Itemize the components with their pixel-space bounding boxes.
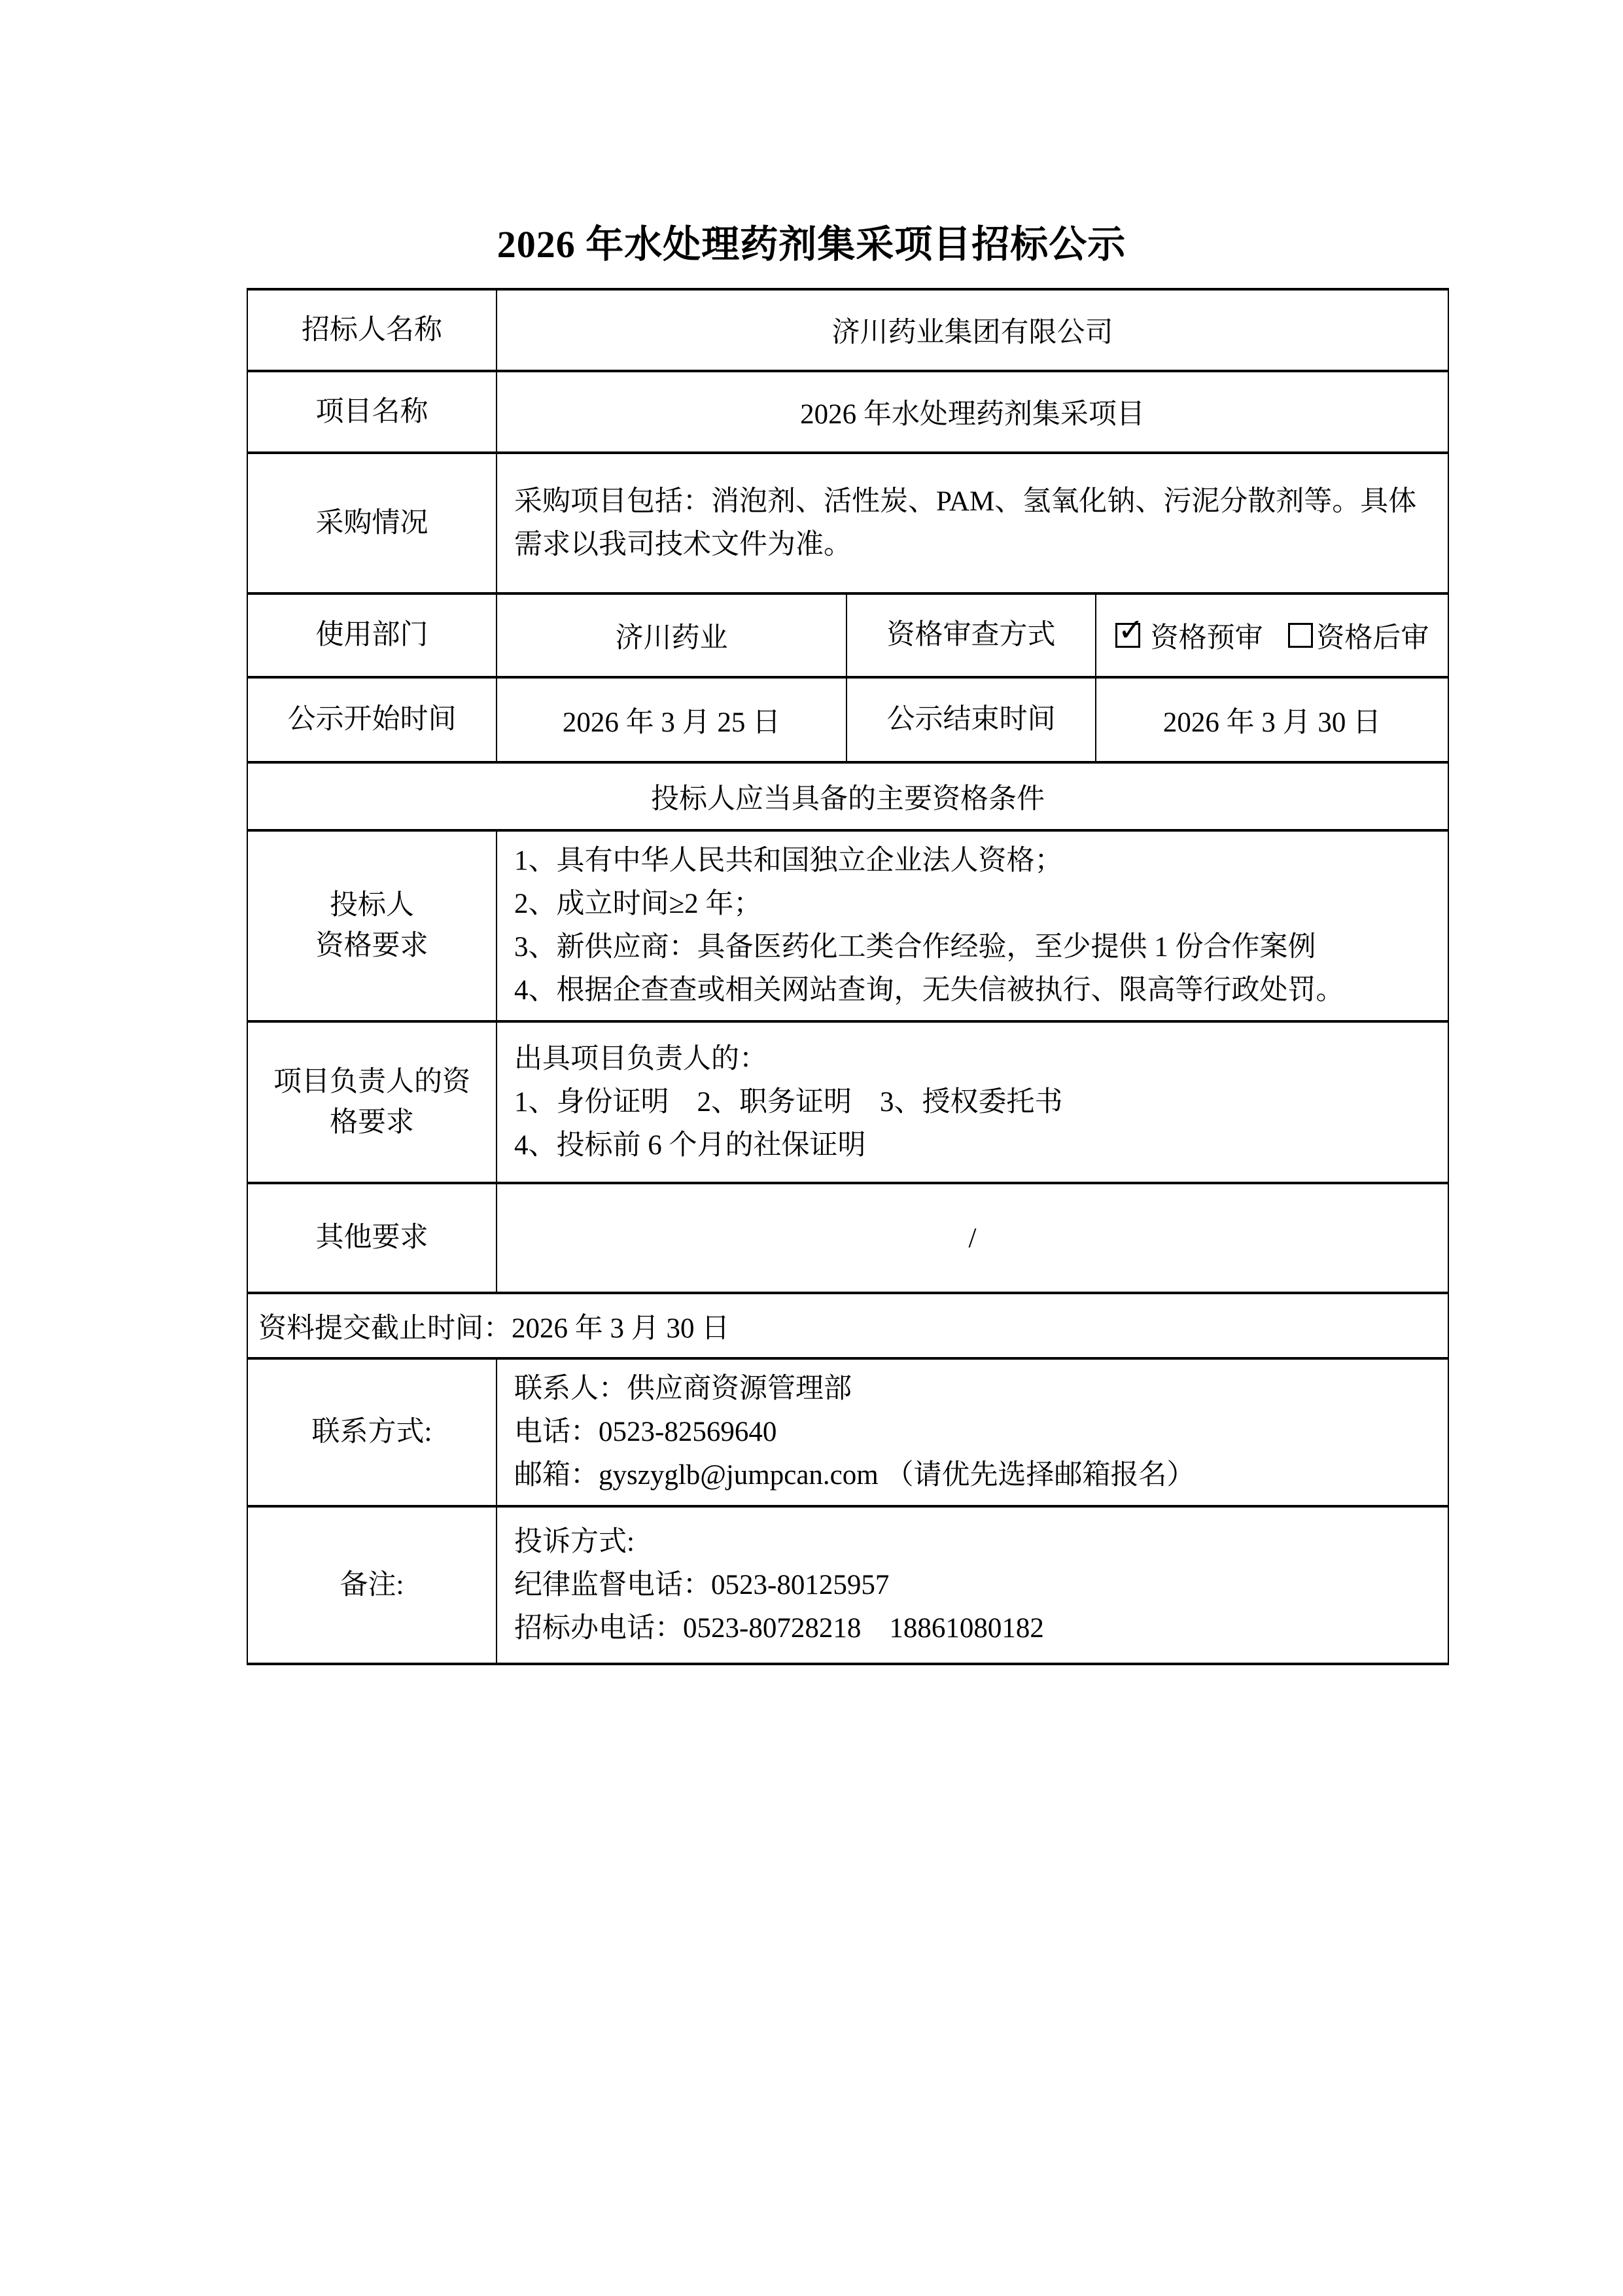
remarks-value: 投诉方式: 纪律监督电话：0523-80125957 招标办电话：0523-80… bbox=[497, 1506, 1448, 1664]
bidder-name-value: 济川药业集团有限公司 bbox=[497, 289, 1448, 371]
row-contact-info: 联系方式: 联系人：供应商资源管理部 电话：0523-82569640 邮箱：g… bbox=[247, 1358, 1448, 1506]
unchecked-checkbox-icon[interactable] bbox=[1288, 623, 1313, 648]
project-name-value: 2026 年水处理药剂集采项目 bbox=[497, 371, 1448, 453]
qualification-method-label: 资格审查方式 bbox=[846, 593, 1096, 677]
other-requirements-label: 其他要求 bbox=[247, 1183, 497, 1293]
publicity-start-value: 2026 年 3 月 25 日 bbox=[497, 677, 846, 762]
prequalification-option-label: 资格预审 bbox=[1151, 616, 1263, 656]
remarks-label: 备注: bbox=[247, 1506, 497, 1664]
bidder-qualification-value: 1、具有中华人民共和国独立企业法人资格； 2、成立时间≥2 年； 3、新供应商：… bbox=[497, 830, 1448, 1021]
row-publicity-time: 公示开始时间 2026 年 3 月 25 日 公示结束时间 2026 年 3 月… bbox=[247, 677, 1448, 762]
using-department-label: 使用部门 bbox=[247, 593, 497, 677]
publicity-end-label: 公示结束时间 bbox=[846, 677, 1096, 762]
submission-deadline-text: 资料提交截止时间：2026 年 3 月 30 日 bbox=[247, 1293, 1448, 1358]
bidder-name-label: 招标人名称 bbox=[247, 289, 497, 371]
row-procurement: 采购情况 采购项目包括：消泡剂、活性炭、PAM、氢氧化钠、污泥分散剂等。具体 需… bbox=[247, 453, 1448, 593]
check-icon: ✓ bbox=[1118, 614, 1144, 646]
project-name-label: 项目名称 bbox=[247, 371, 497, 453]
manager-qualification-label: 项目负责人的资 格要求 bbox=[247, 1021, 497, 1183]
row-section-header: 投标人应当具备的主要资格条件 bbox=[247, 762, 1448, 830]
row-remarks: 备注: 投诉方式: 纪律监督电话：0523-80125957 招标办电话：052… bbox=[247, 1506, 1448, 1664]
bidder-qualification-label: 投标人 资格要求 bbox=[247, 830, 497, 1021]
procurement-value: 采购项目包括：消泡剂、活性炭、PAM、氢氧化钠、污泥分散剂等。具体 需求以我司技… bbox=[497, 453, 1448, 593]
publicity-end-value: 2026 年 3 月 30 日 bbox=[1096, 677, 1448, 762]
row-manager-qualification: 项目负责人的资 格要求 出具项目负责人的： 1、身份证明 2、职务证明 3、授权… bbox=[247, 1021, 1448, 1183]
contact-info-label: 联系方式: bbox=[247, 1358, 497, 1506]
section-header-text: 投标人应当具备的主要资格条件 bbox=[247, 762, 1448, 830]
document-title: 2026 年水处理药剂集采项目招标公示 bbox=[0, 213, 1623, 268]
postqualification-option: 资格后审 bbox=[1288, 616, 1429, 656]
document-page: 2026 年水处理药剂集采项目招标公示 招标人名称 济川药业集团有限公司 项目名… bbox=[0, 0, 1623, 2296]
row-submission-deadline: 资料提交截止时间：2026 年 3 月 30 日 bbox=[247, 1293, 1448, 1358]
row-using-department: 使用部门 济川药业 资格审查方式 ✓ 资格预审 资格后审 bbox=[247, 593, 1448, 677]
checked-checkbox-icon[interactable]: ✓ bbox=[1115, 623, 1140, 648]
row-other-requirements: 其他要求 / bbox=[247, 1183, 1448, 1293]
contact-info-value: 联系人：供应商资源管理部 电话：0523-82569640 邮箱：gyszygl… bbox=[497, 1358, 1448, 1506]
procurement-label: 采购情况 bbox=[247, 453, 497, 593]
row-bidder-name: 招标人名称 济川药业集团有限公司 bbox=[247, 289, 1448, 371]
other-requirements-value: / bbox=[497, 1183, 1448, 1293]
manager-qualification-value: 出具项目负责人的： 1、身份证明 2、职务证明 3、授权委托书 4、投标前 6 … bbox=[497, 1021, 1448, 1183]
postqualification-option-label: 资格后审 bbox=[1316, 616, 1429, 656]
using-department-value: 济川药业 bbox=[497, 593, 846, 677]
tender-info-table: 招标人名称 济川药业集团有限公司 项目名称 2026 年水处理药剂集采项目 采购… bbox=[247, 288, 1449, 1665]
row-bidder-qualification: 投标人 资格要求 1、具有中华人民共和国独立企业法人资格； 2、成立时间≥2 年… bbox=[247, 830, 1448, 1021]
row-project-name: 项目名称 2026 年水处理药剂集采项目 bbox=[247, 371, 1448, 453]
publicity-start-label: 公示开始时间 bbox=[247, 677, 497, 762]
qualification-method-options: ✓ 资格预审 资格后审 bbox=[1096, 593, 1448, 677]
prequalification-option: ✓ 资格预审 bbox=[1115, 616, 1263, 656]
